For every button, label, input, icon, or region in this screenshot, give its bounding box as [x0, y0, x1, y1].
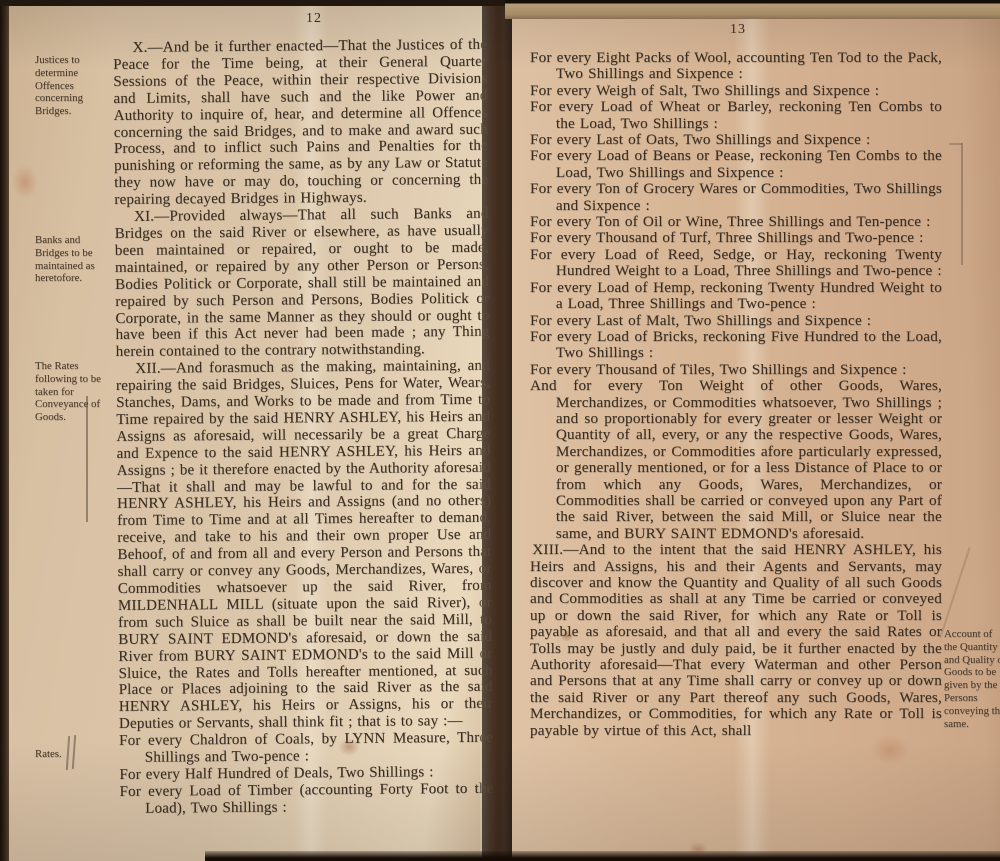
page-12: 12 Justices to determine Offences concer… [9, 0, 482, 861]
rate-item-oil-wine: For every Ton of Oil or Wine, Three Shil… [530, 214, 942, 230]
page-13: 13 For every Eight Packs of Wool, accoun… [512, 0, 1000, 861]
rate-item-bricks: For every Load of Bricks, reckoning Five… [530, 329, 942, 362]
section-xi-paragraph: XI.—Provided always—That all such Banks … [114, 206, 489, 361]
rate-item-salt: For every Weigh of Salt, Two Shillings a… [530, 83, 942, 99]
rate-item-beans-pease: For every Load of Beans or Pease, reckon… [530, 148, 942, 181]
rate-item-coals: For every Chaldron of Coals, by LYNN Mea… [119, 730, 493, 767]
pencil-mark-hook [949, 143, 962, 145]
pencil-mark-crease-line [939, 547, 970, 638]
margin-note-banks-bridges: Banks and Bridges to be maintained as he… [35, 234, 115, 285]
photo-bottom-edge [205, 851, 1000, 861]
book-scan-photo: 12 Justices to determine Offences concer… [0, 0, 1000, 861]
section-xii-paragraph: XII.—And forasmuch as the making, mainta… [116, 358, 493, 733]
section-xiii-paragraph: XIII.—And to the intent that the said HE… [530, 542, 942, 739]
margin-note-account-of-goods: Account of the Quantity and Quality of G… [944, 628, 1000, 730]
section-x-paragraph: X.—And be it further enacted—That the Ju… [113, 37, 488, 209]
rate-item-hemp: For every Load of Hemp, reckoning Twenty… [530, 280, 942, 313]
rate-item-wool: For every Eight Packs of Wool, accountin… [530, 50, 942, 83]
rate-item-timber: For every Load of Timber (accounting For… [119, 781, 493, 818]
rate-item-tiles: For every Thousand of Tiles, Two Shillin… [530, 362, 942, 378]
page-gutter [480, 0, 514, 861]
rate-item-reed-sedge-hay: For every Load of Reed, Sedge, or Hay, r… [530, 247, 942, 280]
page-number: 12 [306, 11, 322, 27]
pencil-mark-vertical-line [86, 396, 88, 522]
rate-item-catch-all: And for every Ton Weight of other Goods,… [530, 378, 942, 542]
margin-note-justices: Justices to determine Offences concernin… [35, 54, 115, 118]
rate-item-oats: For every Last of Oats, Two Shillings an… [530, 132, 942, 148]
pencil-mark-vertical-line [961, 143, 963, 265]
rate-item-turf: For every Thousand of Turf, Three Shilli… [530, 230, 942, 246]
margin-note-rates-conveyance: The Rates following to be taken for Conv… [35, 360, 115, 424]
rate-item-wheat-barley: For every Load of Wheat or Barley, recko… [530, 99, 942, 132]
photo-top-edge [0, 0, 512, 6]
book-fore-edge-top [505, 0, 1000, 19]
rate-item-malt: For every Last of Malt, Two Shillings an… [530, 313, 942, 329]
page-number: 13 [730, 22, 746, 38]
page-13-text-block: For every Eight Packs of Wool, accountin… [530, 50, 942, 739]
rate-item-grocery: For every Ton of Grocery Wares or Commod… [530, 181, 942, 214]
page-12-text-block: X.—And be it further enacted—That the Ju… [113, 37, 494, 818]
book-page-block-edge [0, 0, 9, 861]
